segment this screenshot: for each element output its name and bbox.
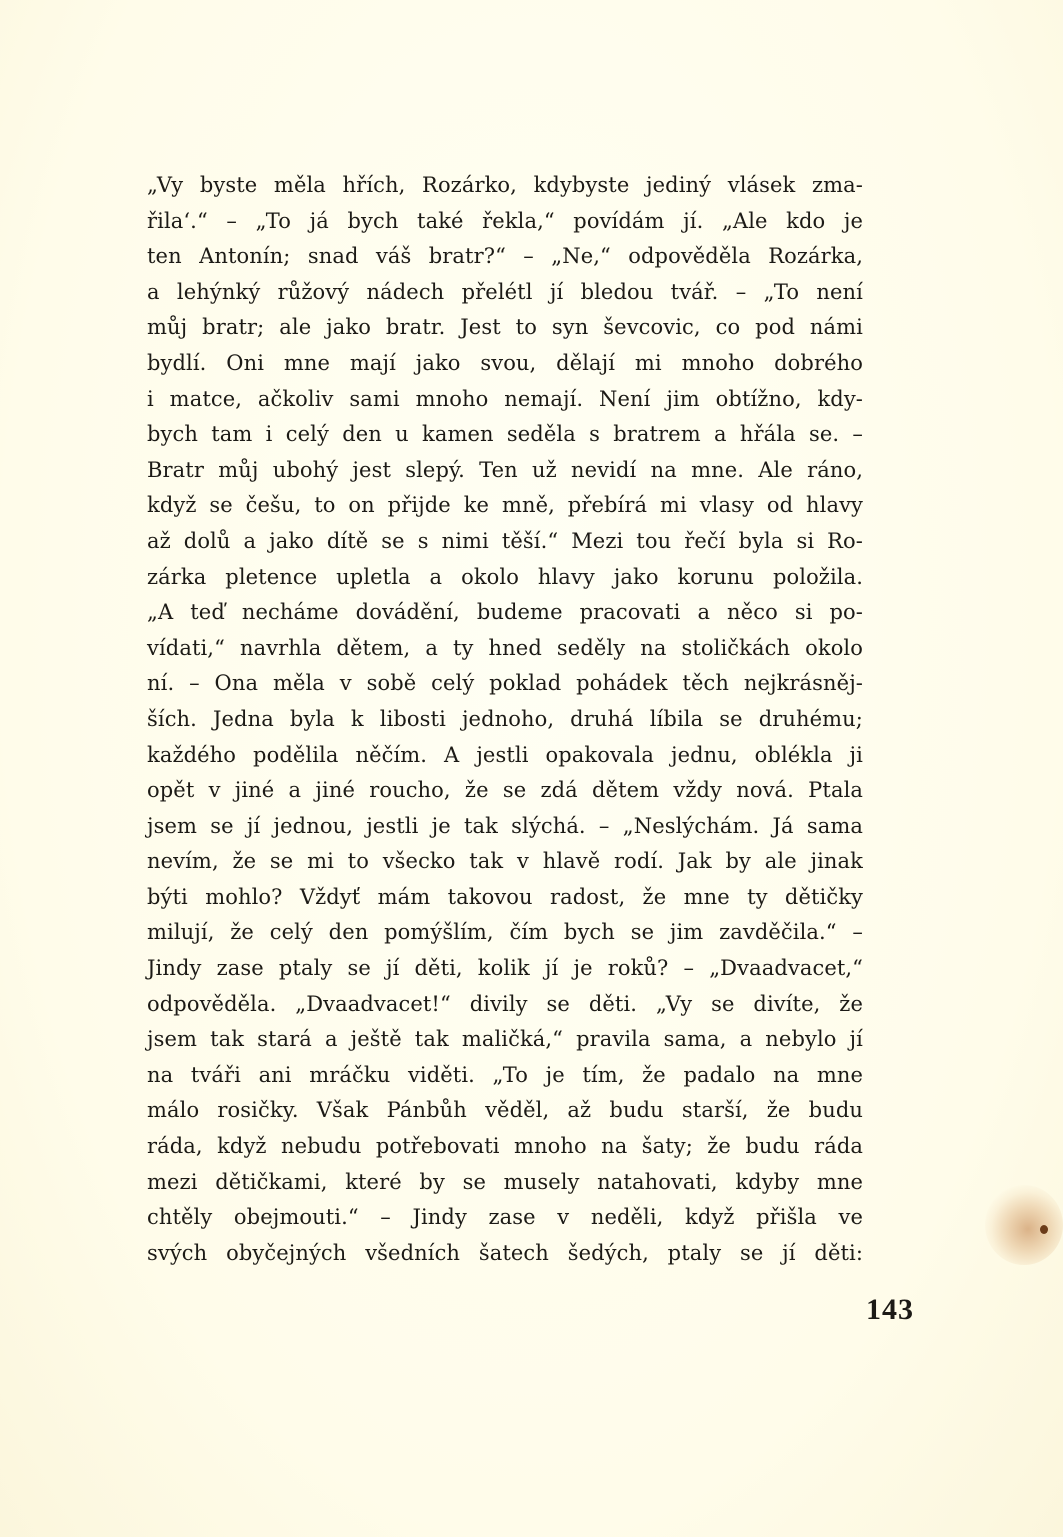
text-line: býti mohlo? Vždyť mám takovou radost, že…	[147, 880, 863, 916]
text-line: můj bratr; ale jako bratr. Jest to syn š…	[147, 310, 863, 346]
text-line: ten Antonín; snad váš bratr?“ – „Ne,“ od…	[147, 239, 863, 275]
page-number: 143	[866, 1293, 914, 1327]
text-line: svých obyčejných všedních šatech šedých,…	[147, 1236, 863, 1272]
text-line: ní. – Ona měla v sobě celý poklad poháde…	[147, 666, 863, 702]
text-line: „A teď necháme dovádění, budeme pracovat…	[147, 595, 863, 631]
text-line: jsem se jí jednou, jestli je tak slýchá.…	[147, 809, 863, 845]
paper-stain-spot	[1040, 1225, 1048, 1234]
text-line: ších. Jedna byla k libosti jednoho, druh…	[147, 702, 863, 738]
text-line: zárka pletence upletla a okolo hlavy jak…	[147, 560, 863, 596]
text-line: bydlí. Oni mne mají jako svou, dělají mi…	[147, 346, 863, 382]
text-line: bych tam i celý den u kamen seděla s bra…	[147, 417, 863, 453]
text-line: mezi dětičkami, které by se musely natah…	[147, 1165, 863, 1201]
text-line: chtěly obejmouti.“ – Jindy zase v neděli…	[147, 1200, 863, 1236]
text-line: když se češu, to on přijde ke mně, přebí…	[147, 488, 863, 524]
text-line: vídati,“ navrhla dětem, a ty hned seděly…	[147, 631, 863, 667]
text-line: až dolů a jako dítě se s nimi těší.“ Mez…	[147, 524, 863, 560]
text-line: jsem tak stará a ještě tak maličká,“ pra…	[147, 1022, 863, 1058]
text-line: každého podělila něčím. A jestli opakova…	[147, 738, 863, 774]
body-text: „Vy byste měla hřích, Rozárko, kdybyste …	[147, 168, 863, 1271]
text-line: a lehýnký růžový nádech přelétl jí bledo…	[147, 275, 863, 311]
text-line: milují, že celý den pomýšlím, čím bych s…	[147, 915, 863, 951]
text-line: opět v jiné a jiné roucho, že se zdá dět…	[147, 773, 863, 809]
text-line: ráda, když nebudu potřebovati mnoho na š…	[147, 1129, 863, 1165]
text-line: nevím, že se mi to všecko tak v hlavě ro…	[147, 844, 863, 880]
text-line: i matce, ačkoliv sami mnoho nemají. Není…	[147, 382, 863, 418]
text-line: málo rosičky. Však Pánbůh věděl, až budu…	[147, 1093, 863, 1129]
text-line: na tváři ani mráčku viděti. „To je tím, …	[147, 1058, 863, 1094]
paper-stain	[985, 1185, 1063, 1265]
text-line: odpověděla. „Dvaadvacet!“ divily se děti…	[147, 987, 863, 1023]
text-line: Jindy zase ptaly se jí děti, kolik jí je…	[147, 951, 863, 987]
text-line: řila‘.“ – „To já bych také řekla,“ povíd…	[147, 204, 863, 240]
text-line: Bratr můj ubohý jest slepý. Ten už nevid…	[147, 453, 863, 489]
text-line: „Vy byste měla hřích, Rozárko, kdybyste …	[147, 168, 863, 204]
